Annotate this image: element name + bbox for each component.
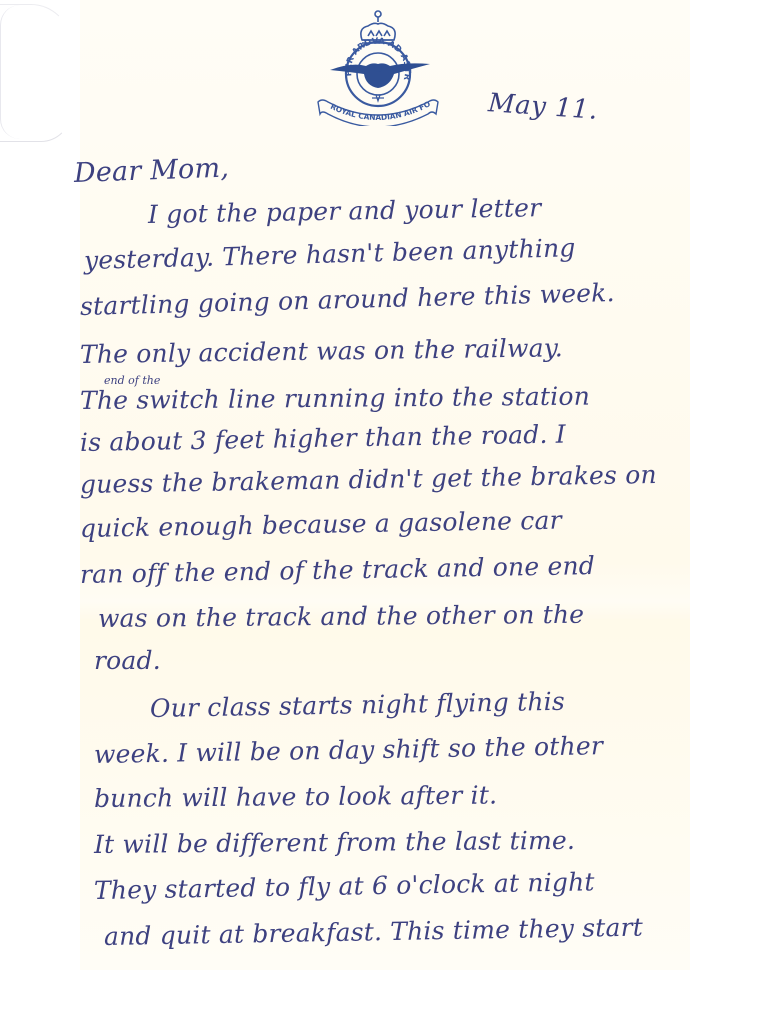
letter-line: road. (94, 646, 161, 675)
letter-salutation: Dear Mom, (73, 153, 229, 189)
letter-line: bunch will have to look after it. (94, 780, 497, 813)
scanned-letter-canvas: PER ARDVA AD ASTRA ROYAL CANADIAN AIR FO… (0, 0, 768, 1014)
rcaf-eagle-crest-icon: PER ARDVA AD ASTRA ROYAL CANADIAN AIR FO… (312, 6, 442, 126)
letter-line: The switch line running into the station (80, 382, 590, 415)
letter-line: It will be different from the last time. (94, 826, 575, 859)
letter-line: was on the track and the other on the (98, 600, 584, 633)
ghost-page-outline (0, 4, 71, 142)
